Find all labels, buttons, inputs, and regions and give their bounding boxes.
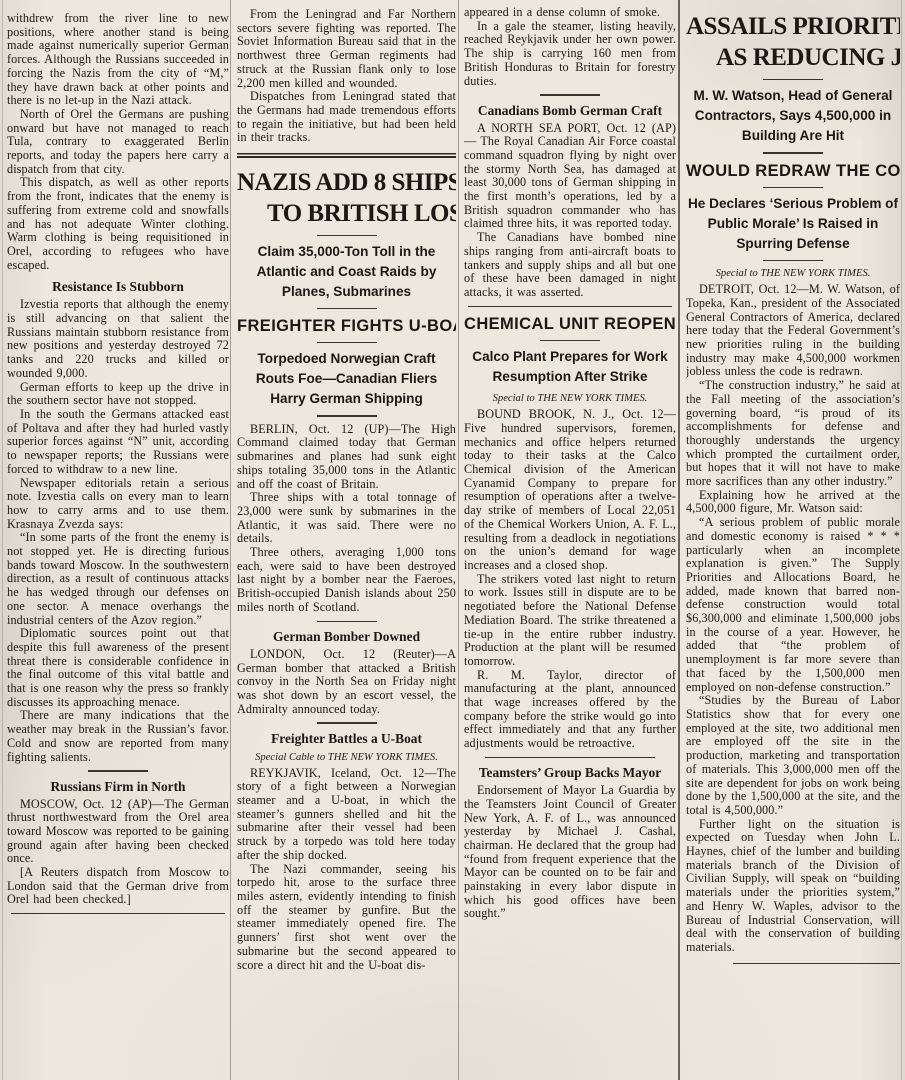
headline-line: AS REDUCING JOBS (686, 42, 900, 73)
section-headline: FREIGHTER FIGHTS U-BOAT (237, 316, 456, 336)
headline: NAZIS ADD 8 SHIPSTO BRITISH LOSSES (237, 167, 456, 229)
article-paragraph: LONDON, Oct. 12 (Reuter)—A German bomber… (237, 648, 456, 717)
article-paragraph: Three ships with a total tonnage of 23,0… (237, 491, 456, 546)
article-paragraph: “In some parts of the front the enemy is… (7, 531, 229, 627)
article-paragraph: Explaining how he arrived at the 4,500,0… (686, 489, 900, 516)
article-paragraph: Dispatches from Leningrad stated that th… (237, 90, 456, 145)
section-subhead: Teamsters’ Group Backs Mayor (464, 765, 676, 780)
article-paragraph: From the Leningrad and Far Northern sect… (237, 8, 456, 90)
byline-credit: Special Cable to THE NEW YORK TIMES. (237, 751, 456, 764)
headline-deck: He Declares ‘Serious Problem of Public M… (686, 194, 900, 254)
column-3: appeared in a dense column of smoke.In a… (464, 0, 676, 1080)
headline-line: NAZIS ADD 8 SHIPS (237, 167, 456, 198)
article-paragraph: North of Orel the Germans are pushing on… (7, 108, 229, 177)
article-paragraph: A NORTH SEA PORT, Oct. 12 (AP) — The Roy… (464, 122, 676, 232)
divider-rule (317, 722, 377, 723)
article-paragraph: REYKJAVIK, Iceland, Oct. 12—The story of… (237, 767, 456, 863)
article-paragraph: appeared in a dense column of smoke. (464, 6, 676, 20)
column-divider-rule-3 (678, 0, 680, 1080)
divider-rule (763, 260, 823, 261)
article-paragraph: There are many indications that the weat… (7, 709, 229, 764)
divider-rule (540, 94, 600, 95)
divider-rule (317, 308, 377, 309)
headline-deck: Torpedoed Norwegian Craft Routs Foe—Cana… (237, 349, 456, 409)
article-paragraph: Further light on the situation is expect… (686, 818, 900, 955)
divider-rule (763, 79, 823, 80)
article-paragraph: BOUND BROOK, N. J., Oct. 12—Five hundred… (464, 408, 676, 572)
article-paragraph: This dispatch, as well as other reports … (7, 176, 229, 272)
headline-deck: M. W. Watson, Head of General Contractor… (686, 86, 900, 146)
article-paragraph: Endorsement of Mayor La Guardia by the T… (464, 784, 676, 921)
article-paragraph: DETROIT, Oct. 12—M. W. Watson, of Topeka… (686, 283, 900, 379)
divider-rule (763, 152, 823, 153)
section-subhead: Canadians Bomb German Craft (464, 103, 676, 118)
article-paragraph: The Canadians have bombed nine ships ran… (464, 231, 676, 300)
divider-rule (237, 153, 456, 158)
divider-rule (317, 415, 377, 416)
divider-rule (317, 342, 377, 343)
column-2: From the Leningrad and Far Northern sect… (237, 0, 456, 1080)
article-paragraph: BERLIN, Oct. 12 (UP)—The High Command cl… (237, 423, 456, 492)
article-paragraph: “A serious problem of public morale and … (686, 516, 900, 694)
article-paragraph: The strikers voted last night to return … (464, 573, 676, 669)
divider-rule (317, 235, 377, 236)
section-subhead: German Bomber Downed (237, 629, 456, 644)
byline-credit: Special to THE NEW YORK TIMES. (464, 392, 676, 405)
section-subhead: Freighter Battles a U-Boat (237, 731, 456, 746)
column-divider-rule-1 (230, 0, 231, 1080)
headline-deck: Calco Plant Prepares for Work Resumption… (464, 347, 676, 387)
headline-deck: Claim 35,000-Ton Toll in the Atlantic an… (237, 242, 456, 302)
article-paragraph: [A Reuters dispatch from Moscow to Londo… (7, 866, 229, 907)
divider-rule (11, 913, 224, 914)
page-edge-rule-right (901, 0, 902, 1080)
column-4: ASSAILS PRIORITIESAS REDUCING JOBSM. W. … (686, 0, 900, 1080)
article-paragraph: MOSCOW, Oct. 12 (AP)—The German thrust n… (7, 798, 229, 867)
divider-rule (733, 963, 900, 964)
article-paragraph: “Studies by the Bureau of Labor Statisti… (686, 694, 900, 817)
article-paragraph: Three others, averaging 1,000 tons each,… (237, 546, 456, 615)
headline-line: TO BRITISH LOSSES (237, 198, 456, 229)
column-divider-rule-2 (458, 0, 459, 1080)
article-paragraph: “The construction industry,” he said at … (686, 379, 900, 489)
divider-rule (540, 340, 600, 341)
column-1: withdrew from the river line to new posi… (7, 0, 229, 1080)
article-paragraph: In a gale the steamer, listing heavily, … (464, 20, 676, 89)
article-paragraph: withdrew from the river line to new posi… (7, 12, 229, 108)
divider-rule (485, 757, 655, 758)
headline: ASSAILS PRIORITIESAS REDUCING JOBS (686, 11, 900, 73)
article-paragraph: Newspaper editorials retain a serious no… (7, 477, 229, 532)
divider-rule (317, 621, 377, 622)
section-subhead: Russians Firm in North (7, 779, 229, 794)
section-headline: CHEMICAL UNIT REOPENS (464, 314, 676, 334)
article-paragraph: Izvestia reports that although the enemy… (7, 298, 229, 380)
article-paragraph: Diplomatic sources point out that despit… (7, 627, 229, 709)
page-edge-rule-left (2, 0, 3, 1080)
article-paragraph: R. M. Taylor, director of manufacturing … (464, 669, 676, 751)
divider-rule (468, 306, 672, 307)
newspaper-page: withdrew from the river line to new posi… (0, 0, 905, 1080)
headline-line: ASSAILS PRIORITIES (686, 11, 900, 42)
section-subhead: Resistance Is Stubborn (7, 279, 229, 294)
article-paragraph: In the south the Germans attacked east o… (7, 408, 229, 477)
article-paragraph: German efforts to keep up the drive in t… (7, 381, 229, 408)
divider-rule (88, 770, 148, 771)
article-paragraph: The Nazi commander, seeing his torpedo h… (237, 863, 456, 973)
divider-rule (763, 187, 823, 188)
section-headline: WOULD REDRAW THE CODE (686, 161, 900, 181)
byline-credit: Special to THE NEW YORK TIMES. (686, 267, 900, 280)
